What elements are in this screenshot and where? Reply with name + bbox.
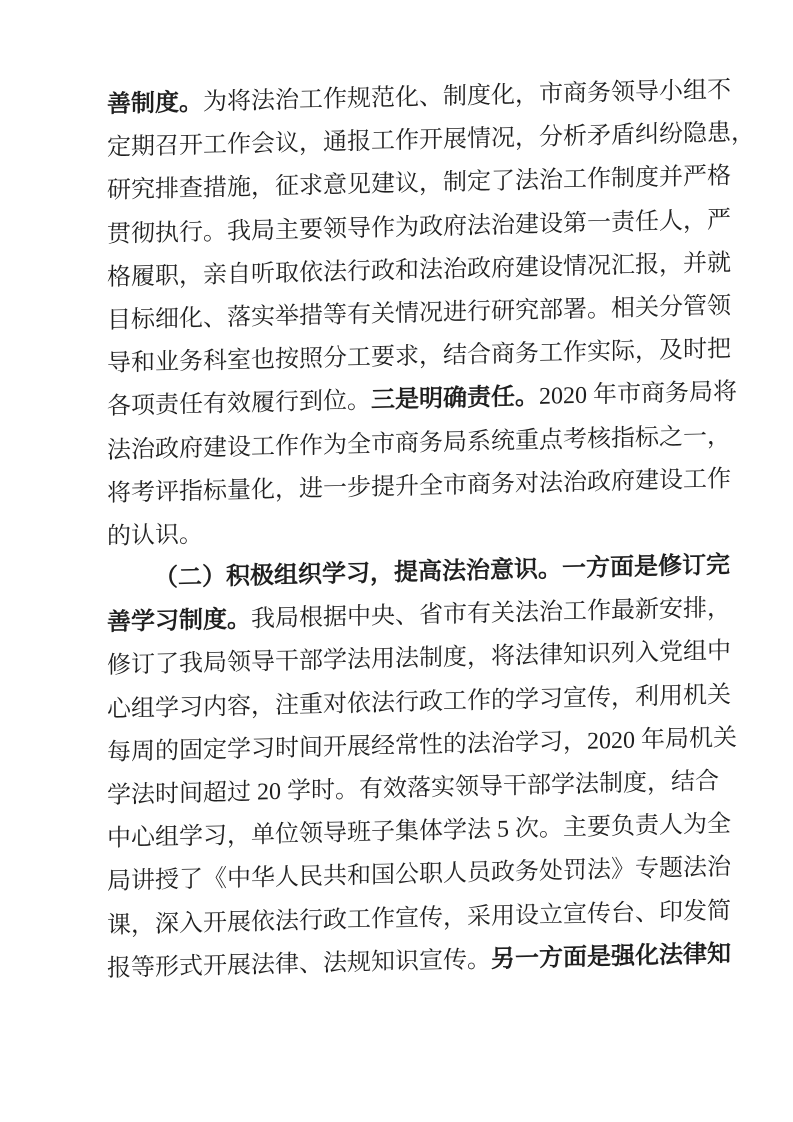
text-segment: 善学习制度。 [107,607,251,636]
text-segment: 的认识。 [107,522,203,550]
text-segment: 报等形式开展法律、法规知识宣传。 [107,947,491,982]
text-segment: 修订了我局领导干部学法用法制度，将法律知识列入党组中 [107,639,731,680]
text-segment: 心组学习内容，注重对依法行政工作的学习宣传，利用机关 [107,682,731,723]
text-segment: 善制度。 [107,90,203,118]
text-segment: 各项责任有效履行到位。 [107,388,371,420]
text-segment: 研究排查措施，征求意见建议，制定了法治工作制度并严格 [107,164,731,205]
text-segment: 局讲授了《中华人民共和国公职人员政务处罚法》专题法治 [107,855,731,896]
text-segment: 导和业务科室也按照分工要求，结合商务工作实际，及时把 [107,336,731,377]
text-segment: 格履职，亲自听取依法行政和法治政府建设情况汇报，并就 [107,250,731,291]
document-page: 善制度。为将法治工作规范化、制度化，市商务领导小组不定期召开工作会议，通报工作开… [0,0,793,1122]
text-segment: 定期召开工作会议，通报工作开展情况，分析矛盾纠纷隐患， [107,120,755,161]
text-segment: 法治政府建设工作作为全市商务局系统重点考核指标之一， [107,423,731,464]
text-segment: 目标细化、落实举措等有关情况进行研究部署。相关分管领 [107,293,731,334]
text-segment: 我局根据中央、省市有关法治工作最新安排， [251,596,731,633]
document-body-text: 善制度。为将法治工作规范化、制度化，市商务领导小组不定期召开工作会议，通报工作开… [107,70,703,991]
text-segment: 课，深入开展依法行政工作宣传，采用设立宣传台、印发简 [107,898,731,939]
text-segment: 学法时间超过 20 学时。有效落实领导干部学法制度，结合 [107,769,719,809]
text-segment: 三是明确责任。 [371,384,539,414]
text-segment: 中心组学习，单位领导班子集体学法 5 次。主要负责人为全 [107,811,731,852]
text-segment: （二）积极组织学习，提高法治意识。一方面是修订完 [154,552,730,592]
text-segment: 将考评指标量化，进一步提升全市商务对法治政府建设工作 [107,466,731,507]
text-segment: 为将法治工作规范化、制度化，市商务领导小组不 [203,77,731,115]
text-segment: 2020 年市商务局将 [539,379,737,410]
text-segment: 另一方面是强化法律知 [491,941,731,973]
text-segment: 贯彻执行。我局主要领导作为政府法治建设第一责任人，严 [107,207,731,248]
text-segment: 每周的固定学习时间开展经常性的法治学习，2020 年局机关 [107,725,737,766]
